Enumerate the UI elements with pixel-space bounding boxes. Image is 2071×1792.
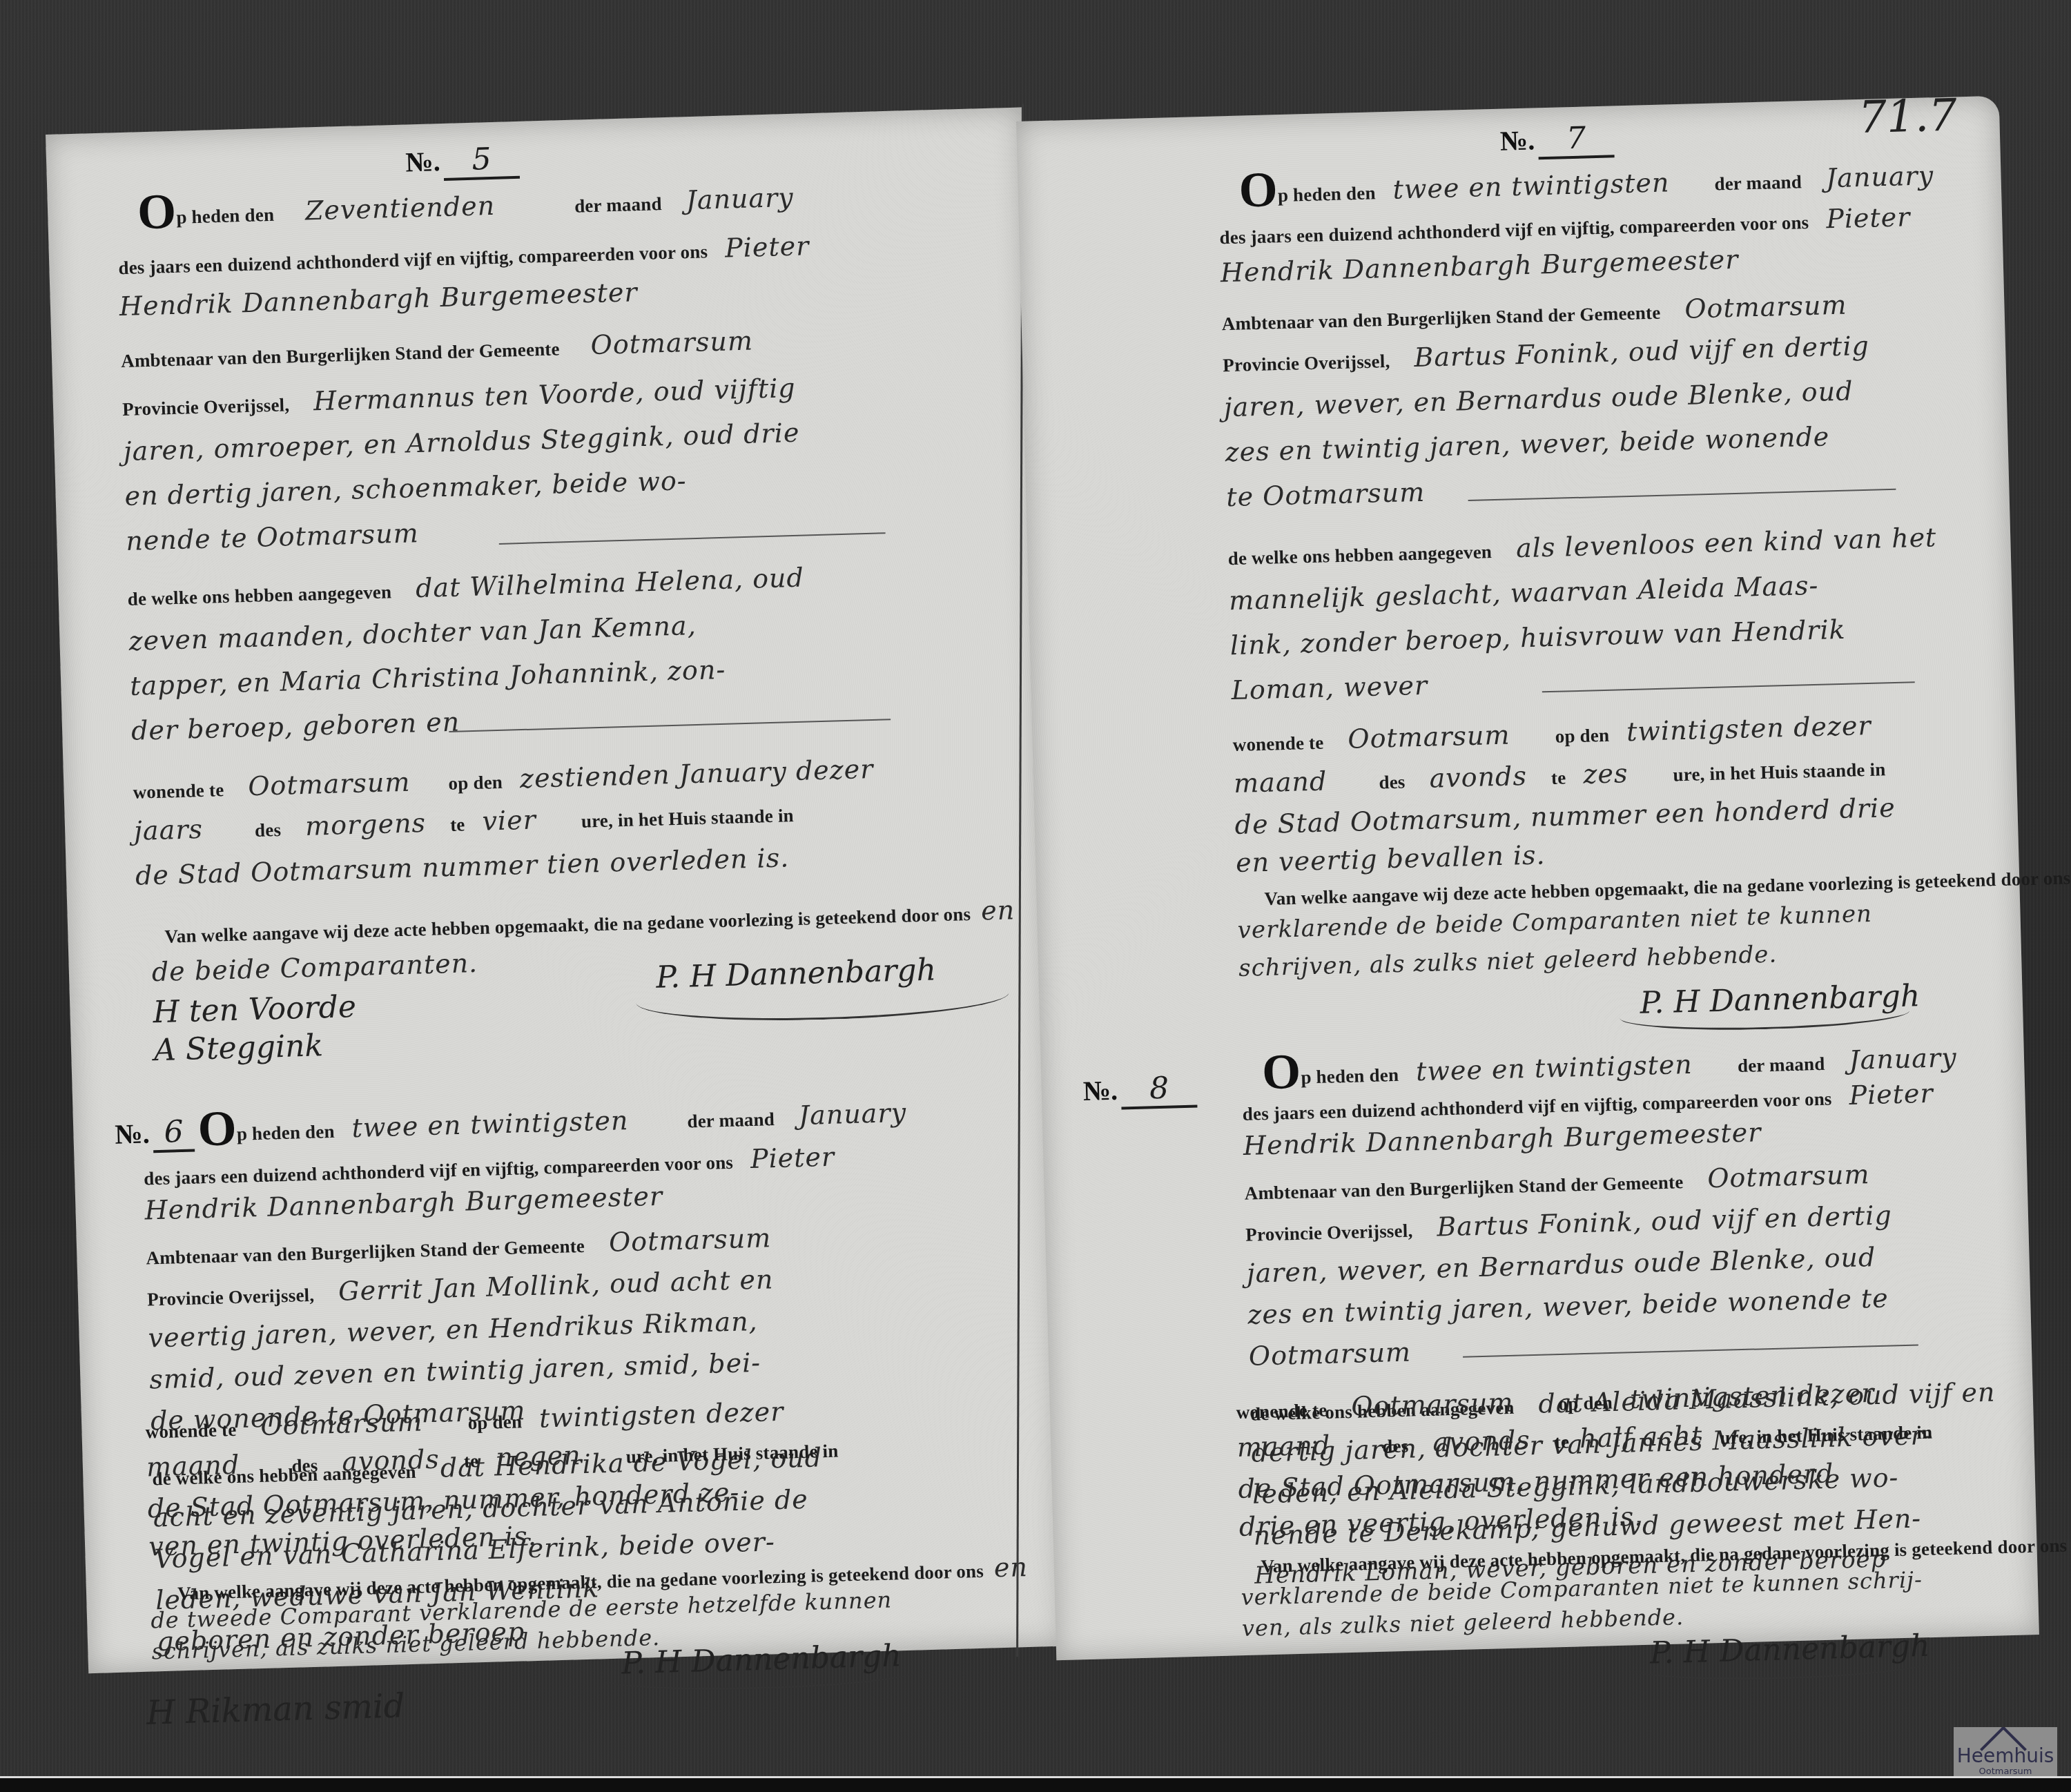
day-field: Zeventienden — [304, 191, 495, 226]
record-7: №. 7 Op heden den twee en twintigsten de… — [1016, 96, 2021, 950]
form-label: der maand — [1738, 1053, 1825, 1076]
form-label: des — [1379, 772, 1406, 793]
record-number: 8 — [1120, 1070, 1197, 1110]
form-label: des — [1382, 1435, 1409, 1457]
declarant-signature: H Rikman smid — [146, 1686, 405, 1732]
form-label: ure, in het Huis staande in — [1673, 759, 1886, 785]
residence-field: Ootmarsum — [1351, 1387, 1514, 1421]
event-line: de Stad Ootmarsum nummer tien overleden … — [135, 842, 789, 890]
record-number: 5 — [443, 141, 520, 181]
time-of-day-field: morgens — [305, 808, 427, 841]
event-line: maand — [146, 1450, 240, 1483]
declarant-signature: H ten Voorde — [153, 989, 357, 1030]
month-field: January — [1849, 1042, 1957, 1075]
month-field: January — [686, 182, 794, 215]
form-label: Provincie Overijssel, — [1223, 351, 1390, 376]
form-label: der maand — [687, 1109, 775, 1132]
official-name: Hendrik Dannenbargh Burgemeester — [119, 277, 638, 322]
declarants-line: veertig jaren, wever, en Hendrikus Rikma… — [148, 1306, 758, 1354]
form-label: ure, in het Huis staande in — [581, 805, 795, 832]
event-date-field: zestienden January dezer — [519, 754, 873, 794]
declaration-line: Loman, wever — [1231, 670, 1428, 705]
form-label: ure, in het Huis staande in — [625, 1441, 839, 1468]
day-field: twee en twintigsten — [351, 1105, 629, 1143]
time-of-day-field: avonds — [1429, 761, 1527, 794]
form-label: te — [1551, 767, 1566, 788]
form-label: p heden den — [237, 1121, 336, 1145]
form-label: p heden den — [1278, 182, 1376, 206]
form-label: op den — [467, 1411, 522, 1433]
form-label: wonende te — [1232, 732, 1323, 755]
residence-field: Ootmarsum — [248, 767, 411, 802]
drop-cap: O — [137, 186, 177, 237]
residence-field: Ootmarsum — [260, 1406, 423, 1441]
time-of-day-field: avonds — [342, 1444, 440, 1477]
event-line: maand — [1236, 1430, 1330, 1463]
record-number-label: №. — [1082, 1075, 1118, 1107]
watermark-brand: Heemhuis — [1954, 1746, 2057, 1766]
gemeente-field: Ootmarsum — [590, 326, 753, 361]
declarant-signature: A Steggink — [153, 1028, 323, 1068]
declarants-line: jaren, wever, en Bernardus oude Blenke, … — [1246, 1242, 1876, 1289]
form-label: te — [464, 1450, 479, 1472]
declarants-line: zes en twintig jaren, wever, beide wonen… — [1225, 421, 1830, 467]
declaration-line: mannelijk geslacht, waarvan Aleida Maas- — [1229, 570, 1819, 616]
form-label: op den — [1558, 1392, 1613, 1414]
official-first-name: Pieter — [1849, 1078, 1934, 1111]
form-label: wonende te — [145, 1419, 237, 1443]
hour-field: half acht — [1579, 1420, 1703, 1454]
declarants-line: Bartus Fonink, oud vijf en dertig — [1414, 331, 1870, 373]
record-number-label: №. — [1499, 124, 1535, 156]
drop-cap: O — [1238, 164, 1278, 215]
event-date-field: twintigsten dezer — [1626, 710, 1872, 747]
event-line: jaars — [134, 814, 204, 846]
closing-line: en — [993, 1552, 1028, 1583]
official-first-name: Pieter — [725, 231, 810, 263]
form-label: op den — [1555, 725, 1609, 747]
declarants-line: te Ootmarsum — [1226, 477, 1426, 513]
form-label: Provincie Overijssel, — [122, 394, 290, 420]
record-number-label: №. — [115, 1118, 150, 1149]
gemeente-field: Ootmarsum — [608, 1223, 771, 1258]
event-line: maand — [1234, 766, 1328, 799]
form-label: op den — [448, 772, 503, 794]
form-label: p heden den — [1301, 1064, 1399, 1088]
gemeente-field: Ootmarsum — [1707, 1159, 1870, 1194]
form-label: te — [450, 814, 465, 835]
declarants-line: zes en twintig jaren, wever, beide wonen… — [1247, 1283, 1889, 1330]
drop-cap: O — [1261, 1046, 1301, 1097]
drop-cap: O — [197, 1103, 237, 1154]
declaration-line: tapper, en Maria Christina Johannink, zo… — [130, 654, 726, 701]
declaration-line: zeven maanden, dochter van Jan Kemna, — [128, 610, 697, 656]
form-label: Ambtenaar van den Burgerlijken Stand der… — [1244, 1171, 1683, 1204]
form-label: de welke ons hebben aangegeven — [127, 581, 391, 610]
closing-line: schrijven, als zulks niet geleerd hebben… — [1238, 941, 1778, 982]
record-number: 6 — [153, 1114, 195, 1153]
heemhuis-watermark: Heemhuis Ootmarsum — [1954, 1727, 2057, 1777]
event-date-field: twintigsten dezer — [1629, 1378, 1875, 1414]
declarants-line: Gerrit Jan Mollink, oud acht en — [338, 1264, 774, 1307]
gemeente-field: Ootmarsum — [1684, 290, 1847, 324]
form-label: de welke ons hebben aangegeven — [1227, 541, 1492, 569]
form-label: des jaars een duizend achthonderd vijf e… — [118, 241, 708, 278]
form-label: der maand — [574, 193, 662, 217]
form-label: Provincie Overijssel, — [1245, 1220, 1413, 1245]
form-label: p heden den — [176, 204, 275, 228]
watermark-subtitle: Ootmarsum — [1954, 1767, 2057, 1776]
declarants-line: en dertig jaren, schoenmaker, beide wo- — [124, 465, 687, 512]
form-label: te — [1554, 1431, 1569, 1452]
month-field: January — [798, 1098, 906, 1131]
form-label: Ambtenaar van den Burgerlijken Stand der… — [121, 338, 560, 371]
form-label: Provincie Overijssel, — [147, 1285, 315, 1310]
form-label: der maand — [1714, 171, 1802, 194]
record-5: №. 5 Op heden den Zeventienden der maand… — [46, 107, 1044, 928]
record-number-label: №. — [405, 146, 440, 177]
hour-field: negen — [496, 1440, 581, 1472]
declarants-line: nende te Ootmarsum — [126, 518, 419, 556]
declarants-line: Bartus Fonink, oud vijf en dertig — [1437, 1200, 1893, 1242]
declaration-line: dat Wilhelmina Helena, oud — [416, 563, 805, 604]
hour-field: vier — [482, 805, 536, 837]
declarants-line: Hermannus ten Voorde, oud vijftig — [313, 373, 797, 416]
form-label: Ambtenaar van den Burgerlijken Stand der… — [1221, 302, 1660, 335]
declarants-line: Ootmarsum — [1248, 1337, 1411, 1372]
closing-line: en — [981, 895, 1015, 926]
official-name: Hendrik Dannenbargh Burgemeester — [1220, 244, 1739, 289]
declaration-line: link, zonder beroep, huisvrouw van Hendr… — [1229, 614, 1846, 661]
scan-bottom-edge — [0, 1776, 2071, 1792]
hour-field: zes — [1583, 758, 1628, 790]
time-of-day-field: avonds — [1432, 1425, 1530, 1458]
declarants-line: jaren, omroeper, en Arnoldus Steggink, o… — [123, 418, 800, 467]
day-field: twee en twintigsten — [1416, 1049, 1693, 1087]
form-label: des — [291, 1455, 318, 1477]
closing-line: de beide Comparanten. — [151, 948, 478, 987]
declarants-line: jaren, wever, en Bernardus oude Blenke, … — [1223, 376, 1854, 422]
month-field: January — [1825, 160, 1934, 193]
form-label: des jaars een duizend achthonderd vijf e… — [1219, 212, 1809, 248]
form-label: wonende te — [1236, 1400, 1327, 1423]
declaration-line: als levenloos een kind van het — [1515, 522, 1936, 563]
residence-field: Ootmarsum — [1348, 720, 1510, 754]
record-number: 7 — [1538, 119, 1615, 159]
form-label: Ambtenaar van den Burgerlijken Stand der… — [146, 1236, 585, 1269]
record-5-closing: Van welke aangave wij deze acte hebben o… — [68, 894, 1049, 1080]
official-first-name: Pieter — [1826, 202, 1911, 234]
form-label: wonende te — [133, 779, 224, 803]
form-label: ure, in het Huis staande in — [1720, 1422, 1933, 1448]
declarants-line: smid, oud zeven en twintig jaren, smid, … — [149, 1347, 761, 1395]
event-line: de Stad Ootmarsum, nummer een honderd dr… — [1234, 792, 1896, 840]
official-first-name: Pieter — [750, 1142, 835, 1174]
day-field: twee en twintigsten — [1392, 167, 1670, 204]
declaration-line: der beroep, geboren en — [131, 707, 460, 746]
event-line: en veertig bevallen is. — [1236, 839, 1546, 878]
form-label: des — [255, 819, 282, 841]
